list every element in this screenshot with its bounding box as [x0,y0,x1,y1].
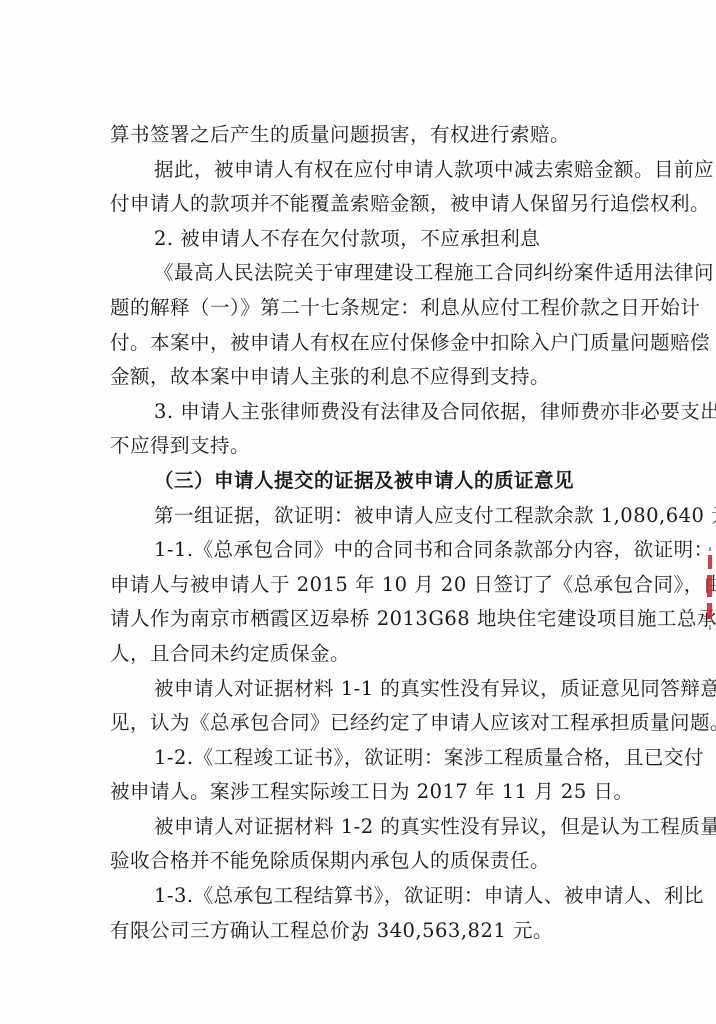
text-line: 1-1.《总承包合同》中的合同书和合同条款部分内容，欲证明： [110,533,622,568]
text-line: 不应得到支持。 [110,429,622,464]
text-line: 请人作为南京市栖霞区迈皋桥 2013G68 地块住宅建设项目施工总承包 [110,602,622,637]
text-line: 3. 申请人主张律师费没有法律及合同依据，律师费亦非必要支出， [110,395,622,430]
text-line: 金额，故本案中申请人主张的利息不应得到支持。 [110,360,622,395]
text-line: 算书签署之后产生的质量问题损害，有权进行索赔。 [110,118,622,153]
text-line: 1-2.《工程竣工证书》，欲证明：案涉工程质量合格，且已交付 [110,741,622,776]
text-line: 见，认为《总承包合同》已经约定了申请人应该对工程承担质量问题。 [110,706,622,741]
text-line: 第一组证据，欲证明：被申请人应支付工程款余款 1,080,640 元。 [110,499,622,534]
text-line: 被申请人对证据材料 1-1 的真实性没有异议，质证意见同答辩意 [110,672,622,707]
text-line: 1-3.《总承包工程结算书》，欲证明：申请人、被申请人、利比 [110,879,622,914]
text-line: 人，且合同未约定质保金。 [110,637,622,672]
text-line: 付申请人的款项并不能覆盖索赔金额，被申请人保留另行追偿权利。 [110,187,622,222]
text-line: 验收合格并不能免除质保期内承包人的质保责任。 [110,844,622,879]
text-line: 有限公司三方确认工程总价为 340,563,821 元。 [110,914,622,949]
text-line: 被申请人。案涉工程实际竣工日为 2017 年 11 月 25 日。 [110,775,622,810]
text-line: 被申请人对证据材料 1-2 的真实性没有异议，但是认为工程质量 [110,810,622,845]
text-line: 据此，被申请人有权在应付申请人款项中减去索赔金额。目前应 [110,153,622,188]
text-line: 2. 被申请人不存在欠付款项，不应承担利息 [110,222,622,257]
seam-seal-stamp-fragment [704,545,716,645]
text-line: 《最高人民法院关于审理建设工程施工合同纠纷案件适用法律问 [110,256,622,291]
document-body: 算书签署之后产生的质量问题损害，有权进行索赔。据此，被申请人有权在应付申请人款项… [110,118,622,948]
text-line: 付。本案中，被申请人有权在应付保修金中扣除入户门质量问题赔偿 [110,326,622,361]
page-number: 6 [352,930,360,944]
text-line: 申请人与被申请人于 2015 年 10 月 20 日签订了《总承包合同》，由申 [110,568,622,603]
text-line: 题的解释（一）》第二十七条规定：利息从应付工程价款之日开始计 [110,291,622,326]
section-heading: （三）申请人提交的证据及被申请人的质证意见 [110,464,622,499]
document-page: 算书签署之后产生的质量问题损害，有权进行索赔。据此，被申请人有权在应付申请人款项… [0,0,716,1024]
